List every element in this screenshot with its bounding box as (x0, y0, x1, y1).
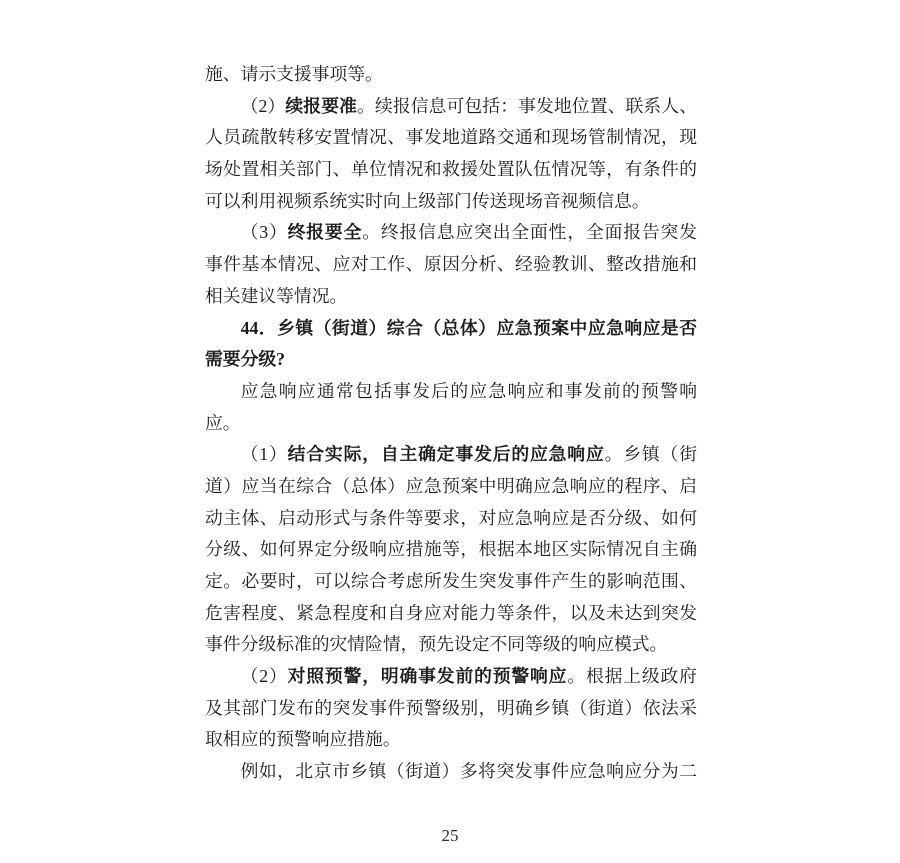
text-line: 场处置相关部门、单位情况和救援处置队伍情况等，有条件的 (205, 154, 697, 186)
body-text: 取相应的预警响应措施。 (205, 729, 401, 749)
body-text: （3） (241, 222, 288, 242)
body-text: 危害程度、紧急程度和自身应对能力等条件，以及未达到突发 (205, 603, 697, 623)
question-heading-line: 需要分级? (205, 344, 697, 376)
body-text: 可以利用视频系统实时向上级部门传送现场音视频信息。 (205, 191, 650, 211)
bold-text: 44．乡镇（街道）综合（总体）应急预案中应急响应是否 (241, 318, 697, 338)
text-line: 事件分级标准的灾情险情，预先设定不同等级的响应模式。 (205, 629, 697, 661)
text-line: 应急响应通常包括事发后的应急响应和事发前的预警响 (205, 376, 697, 408)
document-page: 施、请示支援事项等。（2）续报要准。续报信息可包括：事发地位置、联系人、人员疏散… (0, 0, 900, 863)
question-heading-line: 44．乡镇（街道）综合（总体）应急预案中应急响应是否 (205, 313, 697, 345)
bold-text: 对照预警，明确事发前的预警响应 (288, 666, 568, 686)
body-text: 及其部门发布的突发事件预警级别，明确乡镇（街道）依法采 (205, 698, 697, 718)
page-number: 25 (0, 826, 900, 846)
document-text-block: 施、请示支援事项等。（2）续报要准。续报信息可包括：事发地位置、联系人、人员疏散… (205, 59, 697, 788)
text-line: 取相应的预警响应措施。 (205, 724, 697, 756)
text-line: （2）对照预警，明确事发前的预警响应。根据上级政府 (205, 661, 697, 693)
text-line: （3）终报要全。终报信息应突出全面性，全面报告突发 (205, 217, 697, 249)
bold-text: 需要分级? (205, 349, 285, 369)
body-text: 人员疏散转移安置情况、事发地道路交通和现场管制情况，现 (205, 127, 697, 147)
body-text: （2） (241, 96, 286, 116)
body-text: 场处置相关部门、单位情况和救援处置队伍情况等，有条件的 (205, 159, 697, 179)
text-line: 定。必要时，可以综合考虑所发生突发事件产生的影响范围、 (205, 566, 697, 598)
body-text: 定。必要时，可以综合考虑所发生突发事件产生的影响范围、 (205, 571, 697, 591)
text-line: 道）应当在综合（总体）应急预案中明确应急响应的程序、启 (205, 471, 697, 503)
text-line: 危害程度、紧急程度和自身应对能力等条件，以及未达到突发 (205, 598, 697, 630)
text-line: 动主体、启动形式与条件等要求，对应急响应是否分级、如何 (205, 503, 697, 535)
body-text: 应急响应通常包括事发后的应急响应和事发前的预警响 (241, 381, 697, 401)
body-text: （1） (241, 444, 288, 464)
body-text: 动主体、启动形式与条件等要求，对应急响应是否分级、如何 (205, 508, 697, 528)
bold-text: 结合实际，自主确定事发后的应急响应 (288, 444, 605, 464)
body-text: 。根据上级政府 (567, 666, 697, 686)
text-line: 分级、如何界定分级响应措施等，根据本地区实际情况自主确 (205, 534, 697, 566)
text-line: 可以利用视频系统实时向上级部门传送现场音视频信息。 (205, 186, 697, 218)
text-line: （1）结合实际，自主确定事发后的应急响应。乡镇（街 (205, 439, 697, 471)
text-line: 事件基本情况、应对工作、原因分析、经验教训、整改措施和 (205, 249, 697, 281)
bold-text: 续报要准 (285, 96, 357, 116)
body-text: 道）应当在综合（总体）应急预案中明确应急响应的程序、启 (205, 476, 697, 496)
text-line: 及其部门发布的突发事件预警级别，明确乡镇（街道）依法采 (205, 693, 697, 725)
body-text: （2） (241, 666, 288, 686)
text-line: （2）续报要准。续报信息可包括：事发地位置、联系人、 (205, 91, 697, 123)
text-line: 施、请示支援事项等。 (205, 59, 697, 91)
text-line: 例如，北京市乡镇（街道）多将突发事件应急响应分为二 (205, 756, 697, 788)
body-text: 分级、如何界定分级响应措施等，根据本地区实际情况自主确 (205, 539, 697, 559)
text-line: 相关建议等情况。 (205, 281, 697, 313)
body-text: 例如，北京市乡镇（街道）多将突发事件应急响应分为二 (241, 761, 697, 781)
body-text: 事件基本情况、应对工作、原因分析、经验教训、整改措施和 (205, 254, 697, 274)
body-text: 。终报信息应突出全面性，全面报告突发 (362, 222, 697, 242)
body-text: 。续报信息可包括：事发地位置、联系人、 (357, 96, 697, 116)
body-text: 事件分级标准的灾情险情，预先设定不同等级的响应模式。 (205, 634, 667, 654)
body-text: 相关建议等情况。 (205, 286, 347, 306)
text-line: 应。 (205, 408, 697, 440)
text-line: 人员疏散转移安置情况、事发地道路交通和现场管制情况，现 (205, 122, 697, 154)
body-text: 应。 (205, 413, 241, 433)
body-text: 施、请示支援事项等。 (205, 64, 383, 84)
bold-text: 终报要全 (288, 222, 363, 242)
body-text: 。乡镇（街 (605, 444, 697, 464)
